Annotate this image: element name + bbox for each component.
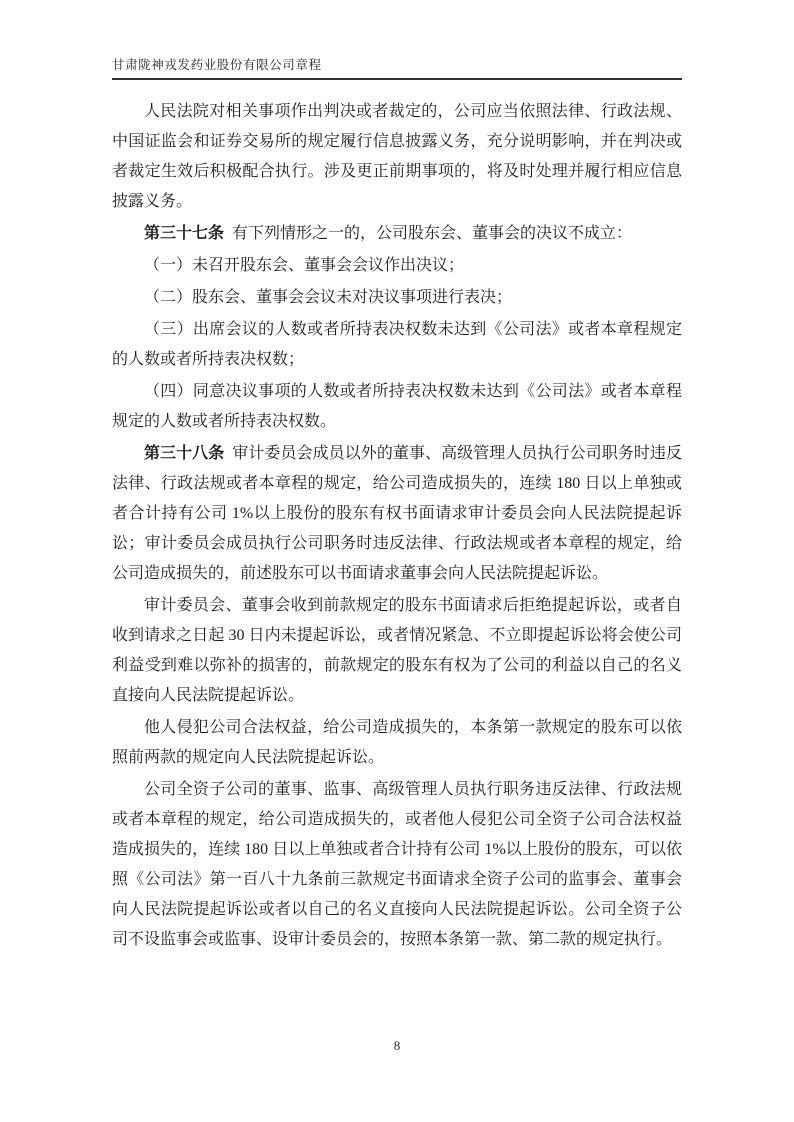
paragraph: （四）同意决议事项的人数或者所持表决权数未达到《公司法》或者本章程规定的人数或者… xyxy=(112,377,682,437)
text-run: 他人侵犯公司合法权益，给公司造成损失的，本条第一款规定的股东可以依照前两款的规定… xyxy=(112,719,682,766)
paragraph: （二）股东会、董事会会议未对决议事项进行表决； xyxy=(112,283,682,313)
paragraph: 第三十八条审计委员会成员以外的董事、高级管理人员执行公司职务时违反法律、行政法规… xyxy=(112,439,682,589)
header-title: 甘肃陇神戎发药业股份有限公司章程 xyxy=(112,55,682,80)
text-run: （四）同意决议事项的人数或者所持表决权数未达到《公司法》或者本章程规定的人数或者… xyxy=(112,383,682,430)
paragraph: 第三十七条有下列情形之一的，公司股东会、董事会的决议不成立： xyxy=(112,219,682,249)
text-run: （三）出席会议的人数或者所持表决权数未达到《公司法》或者本章程规定的人数或者所持… xyxy=(112,321,682,368)
document-body: 人民法院对相关事项作出判决或者裁定的，公司应当依照法律、行政法规、中国证监会和证… xyxy=(112,97,682,957)
page-footer: 8 xyxy=(0,1037,794,1055)
paragraph: （三）出席会议的人数或者所持表决权数未达到《公司法》或者本章程规定的人数或者所持… xyxy=(112,315,682,375)
text-run: 人民法院对相关事项作出判决或者裁定的，公司应当依照法律、行政法规、中国证监会和证… xyxy=(112,103,682,210)
text-run: （一）未召开股东会、董事会会议作出决议； xyxy=(144,257,464,274)
page-number: 8 xyxy=(394,1038,401,1053)
text-run: （二）股东会、董事会会议未对决议事项进行表决； xyxy=(144,289,512,306)
paragraph: 人民法院对相关事项作出判决或者裁定的，公司应当依照法律、行政法规、中国证监会和证… xyxy=(112,97,682,217)
page-header: 甘肃陇神戎发药业股份有限公司章程 xyxy=(112,0,682,80)
paragraph: 公司全资子公司的董事、监事、高级管理人员执行职务违反法律、行政法规或者本章程的规… xyxy=(112,775,682,955)
text-run: 有下列情形之一的，公司股东会、董事会的决议不成立： xyxy=(232,225,632,242)
article-number: 第三十七条 xyxy=(144,225,224,242)
article-number: 第三十八条 xyxy=(144,445,224,462)
text-run: 审计委员会、董事会收到前款规定的股东书面请求后拒绝提起诉讼，或者自收到请求之日起… xyxy=(112,597,682,704)
paragraph: 他人侵犯公司合法权益，给公司造成损失的，本条第一款规定的股东可以依照前两款的规定… xyxy=(112,713,682,773)
paragraph: （一）未召开股东会、董事会会议作出决议； xyxy=(112,251,682,281)
text-run: 公司全资子公司的董事、监事、高级管理人员执行职务违反法律、行政法规或者本章程的规… xyxy=(112,781,682,948)
text-run: 审计委员会成员以外的董事、高级管理人员执行公司职务时违反法律、行政法规或者本章程… xyxy=(112,445,682,582)
document-page: 甘肃陇神戎发药业股份有限公司章程 人民法院对相关事项作出判决或者裁定的，公司应当… xyxy=(0,0,794,1122)
paragraph: 审计委员会、董事会收到前款规定的股东书面请求后拒绝提起诉讼，或者自收到请求之日起… xyxy=(112,591,682,711)
